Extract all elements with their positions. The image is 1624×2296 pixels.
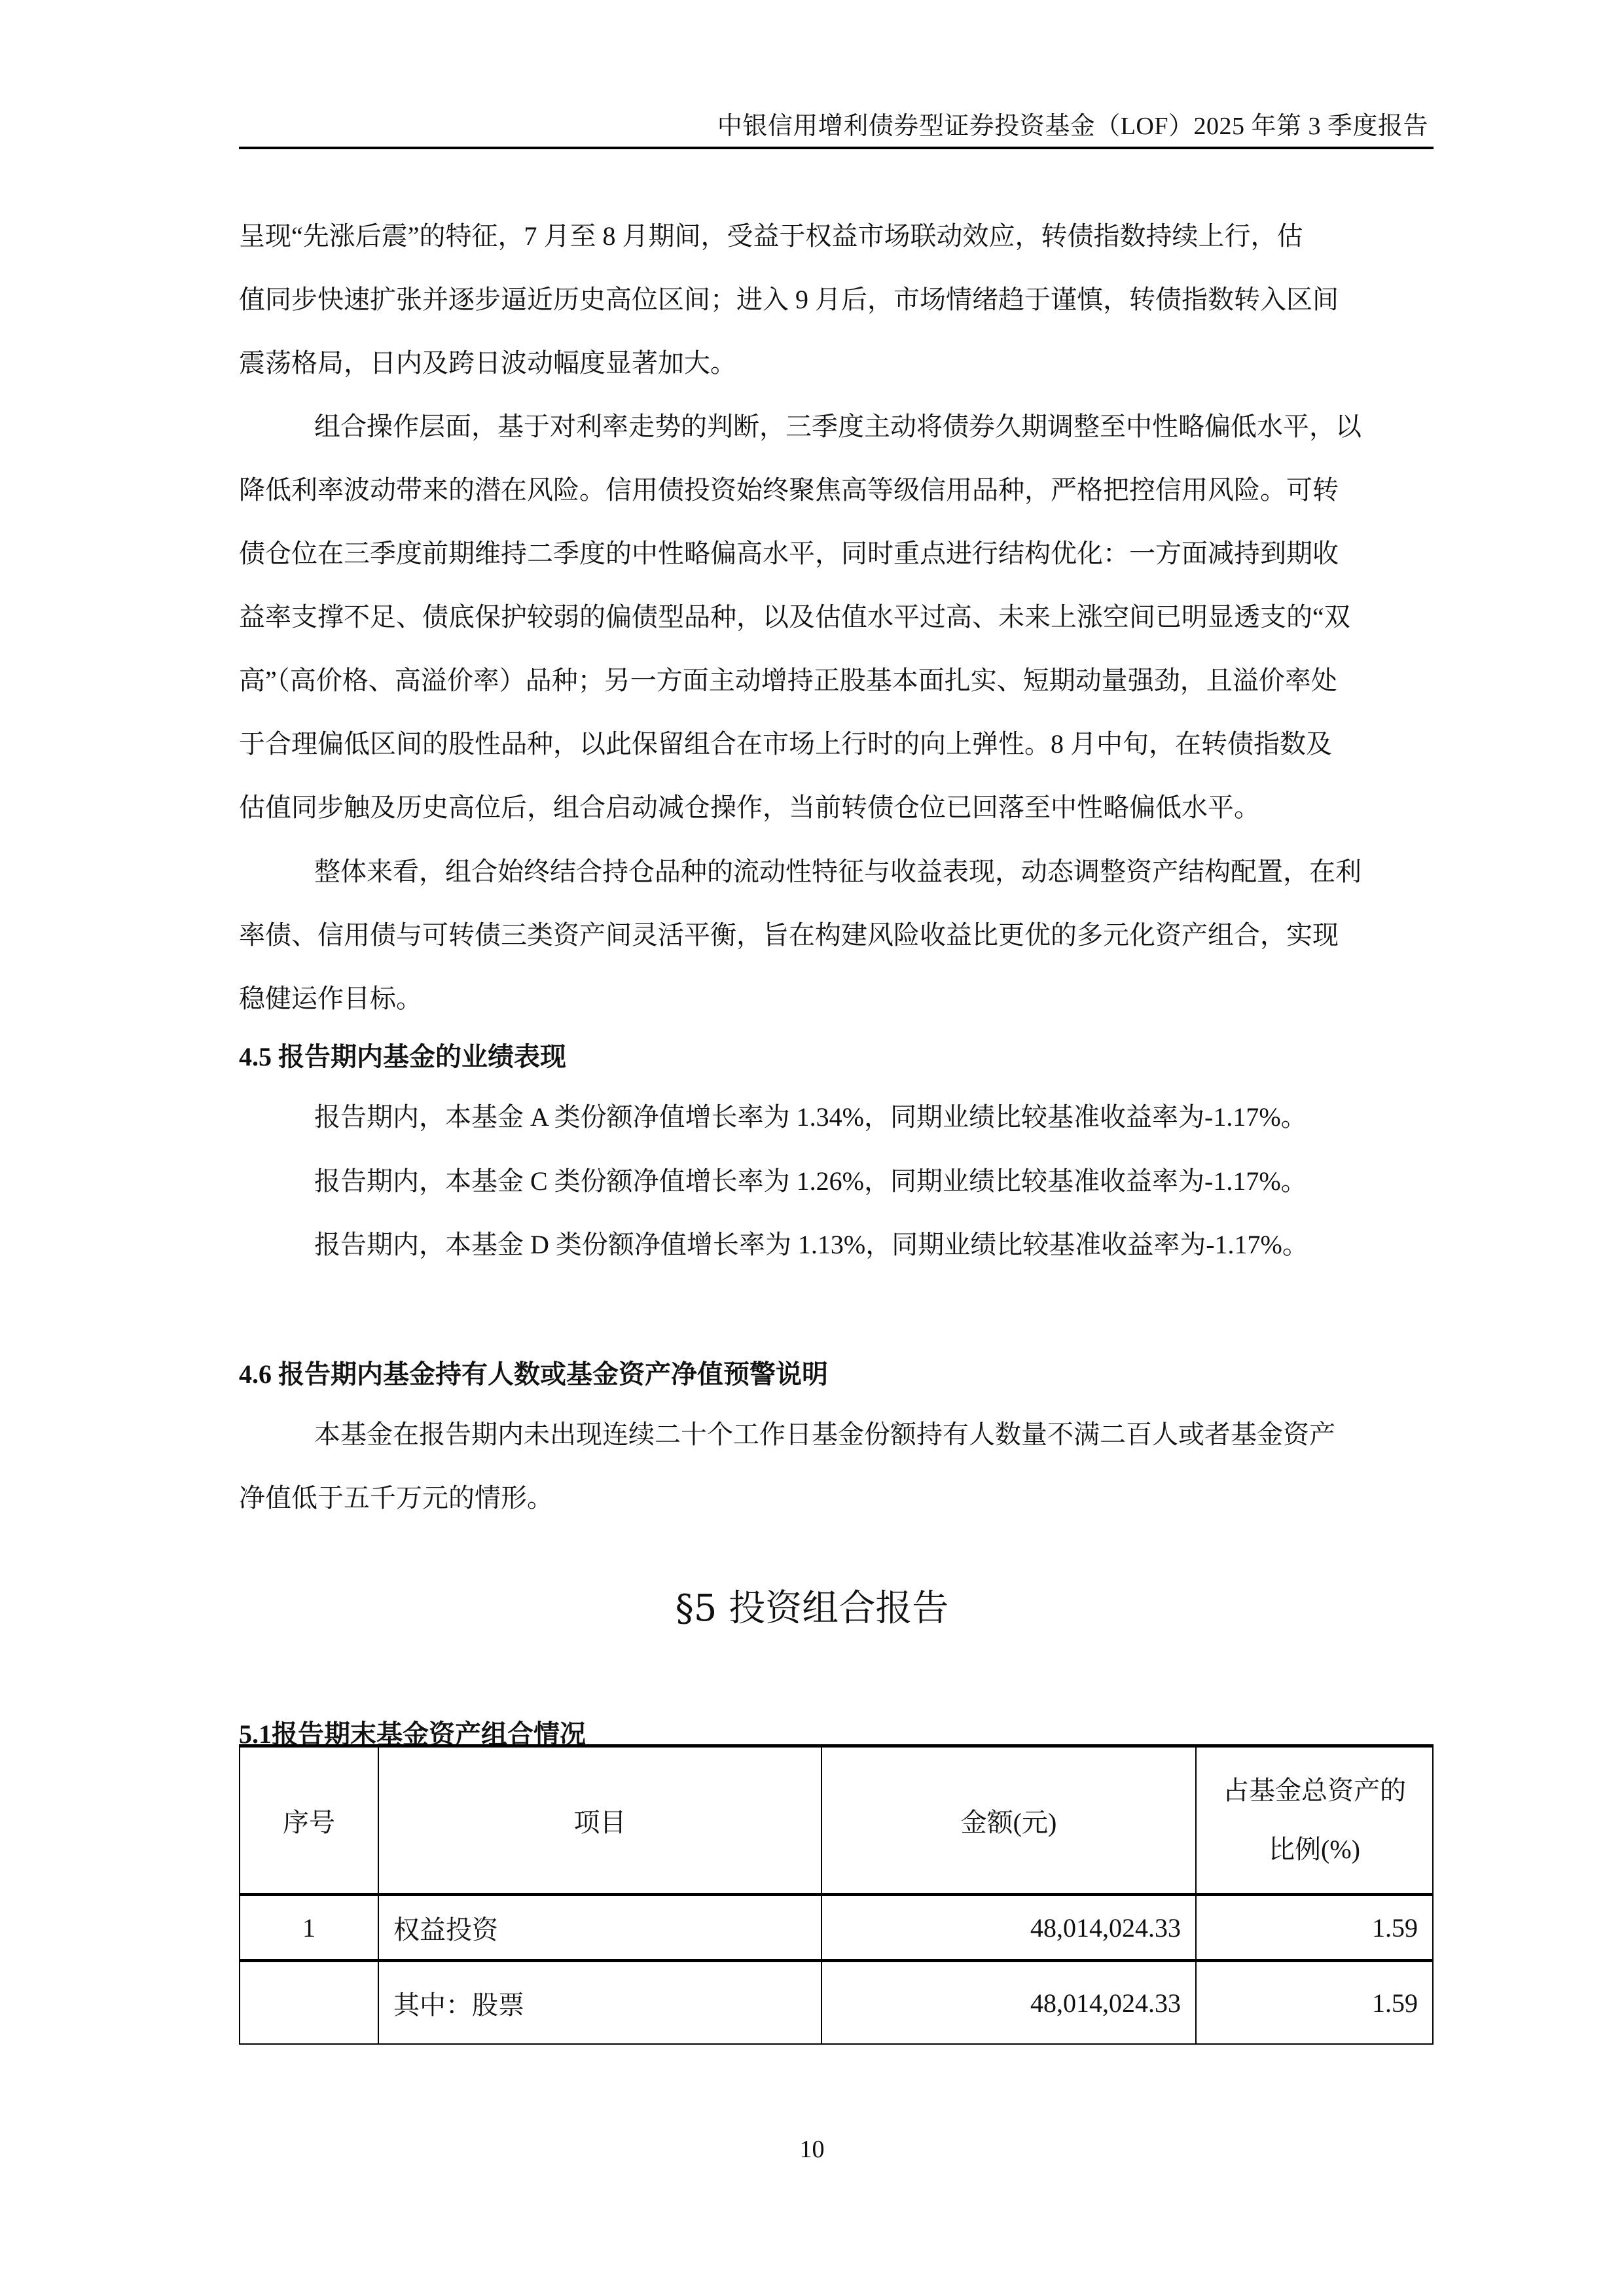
table-header-row: 序号 项目 金额(元) 占基金总资产的 比例(%) bbox=[240, 1746, 1433, 1895]
col-header-percent-line2: 比例(%) bbox=[1211, 1820, 1418, 1879]
cell-amount: 48,014,024.33 bbox=[821, 1895, 1196, 1961]
section-heading-4-5: 4.5 报告期内基金的业绩表现 bbox=[239, 1037, 566, 1077]
text-line: 稳健运作目标。 bbox=[239, 967, 1434, 1030]
chapter-title: §5 投资组合报告 bbox=[0, 1583, 1624, 1635]
col-header-amount: 金额(元) bbox=[821, 1746, 1196, 1895]
table-row: 其中：股票 48,014,024.33 1.59 bbox=[240, 1961, 1433, 2045]
col-header-item: 项目 bbox=[378, 1746, 821, 1895]
text-line: 整体来看，组合始终结合持仓品种的流动性特征与收益表现，动态调整资产结构配置，在利 bbox=[239, 840, 1434, 903]
cell-no: 1 bbox=[240, 1895, 378, 1961]
col-header-percent-line1: 占基金总资产的 bbox=[1211, 1761, 1418, 1820]
cell-amount: 48,014,024.33 bbox=[821, 1961, 1196, 2045]
section-heading-4-6: 4.6 报告期内基金持有人数或基金资产净值预警说明 bbox=[239, 1355, 828, 1394]
text-line: 值同步快速扩张并逐步逼近历史高位区间；进入 9 月后，市场情绪趋于谨慎，转债指数… bbox=[239, 268, 1434, 331]
para-portfolio-operation: 组合操作层面，基于对利率走势的判断，三季度主动将债券久期调整至中性略偏低水平，以… bbox=[239, 395, 1434, 839]
warning-line-2: 净值低于五千万元的情形。 bbox=[239, 1479, 553, 1518]
col-header-no: 序号 bbox=[240, 1746, 378, 1895]
cell-percent: 1.59 bbox=[1196, 1895, 1433, 1961]
performance-line-c: 报告期内，本基金 C 类份额净值增长率为 1.26%，同期业绩比较基准收益率为-… bbox=[314, 1162, 1307, 1201]
text-line: 降低利率波动带来的潜在风险。信用债投资始终聚焦高等级信用品种，严格把控信用风险。… bbox=[239, 458, 1434, 522]
warning-line-1: 本基金在报告期内未出现连续二十个工作日基金份额持有人数量不满二百人或者基金资产 bbox=[314, 1415, 1335, 1454]
text-line: 震荡格局，日内及跨日波动幅度显著加大。 bbox=[239, 331, 1434, 395]
text-line: 呈现“先涨后震”的特征，7 月至 8 月期间，受益于权益市场联动效应，转债指数持… bbox=[239, 204, 1434, 268]
cell-no bbox=[240, 1961, 378, 2045]
text-line: 高”（高价格、高溢价率）品种；另一方面主动增持正股基本面扎实、短期动量强劲，且溢… bbox=[239, 649, 1434, 712]
page-header: 中银信用增利债券型证券投资基金（LOF）2025 年第 3 季度报告 bbox=[239, 110, 1434, 149]
text-line: 益率支撑不足、债底保护较弱的偏债型品种，以及估值水平过高、未来上涨空间已明显透支… bbox=[239, 585, 1434, 649]
performance-line-a: 报告期内，本基金 A 类份额净值增长率为 1.34%，同期业绩比较基准收益率为-… bbox=[314, 1098, 1307, 1137]
asset-allocation-table: 序号 项目 金额(元) 占基金总资产的 比例(%) 1 权益投资 48,014,… bbox=[239, 1744, 1434, 2045]
report-title: 中银信用增利债券型证券投资基金（LOF）2025 年第 3 季度报告 bbox=[717, 110, 1428, 143]
table-row: 1 权益投资 48,014,024.33 1.59 bbox=[240, 1895, 1433, 1961]
performance-line-d: 报告期内，本基金 D 类份额净值增长率为 1.13%，同期业绩比较基准收益率为-… bbox=[314, 1225, 1308, 1265]
text-line: 于合理偏低区间的股性品种，以此保留组合在市场上行时的向上弹性。8 月中旬，在转债… bbox=[239, 712, 1434, 776]
para-convertible-market: 呈现“先涨后震”的特征，7 月至 8 月期间，受益于权益市场联动效应，转债指数持… bbox=[239, 204, 1434, 395]
col-header-percent: 占基金总资产的 比例(%) bbox=[1196, 1746, 1433, 1895]
cell-item: 权益投资 bbox=[378, 1895, 821, 1961]
cell-item: 其中：股票 bbox=[378, 1961, 821, 2045]
text-line: 组合操作层面，基于对利率走势的判断，三季度主动将债券久期调整至中性略偏低水平，以 bbox=[239, 395, 1434, 458]
text-line: 估值同步触及历史高位后，组合启动减仓操作，当前转债仓位已回落至中性略偏低水平。 bbox=[239, 776, 1434, 839]
para-overall-summary: 整体来看，组合始终结合持仓品种的流动性特征与收益表现，动态调整资产结构配置，在利… bbox=[239, 840, 1434, 1030]
text-line: 率债、信用债与可转债三类资产间灵活平衡，旨在构建风险收益比更优的多元化资产组合，… bbox=[239, 903, 1434, 967]
text-line: 债仓位在三季度前期维持二季度的中性略偏高水平，同时重点进行结构优化：一方面减持到… bbox=[239, 522, 1434, 585]
cell-percent: 1.59 bbox=[1196, 1961, 1433, 2045]
page-number: 10 bbox=[0, 2135, 1624, 2164]
